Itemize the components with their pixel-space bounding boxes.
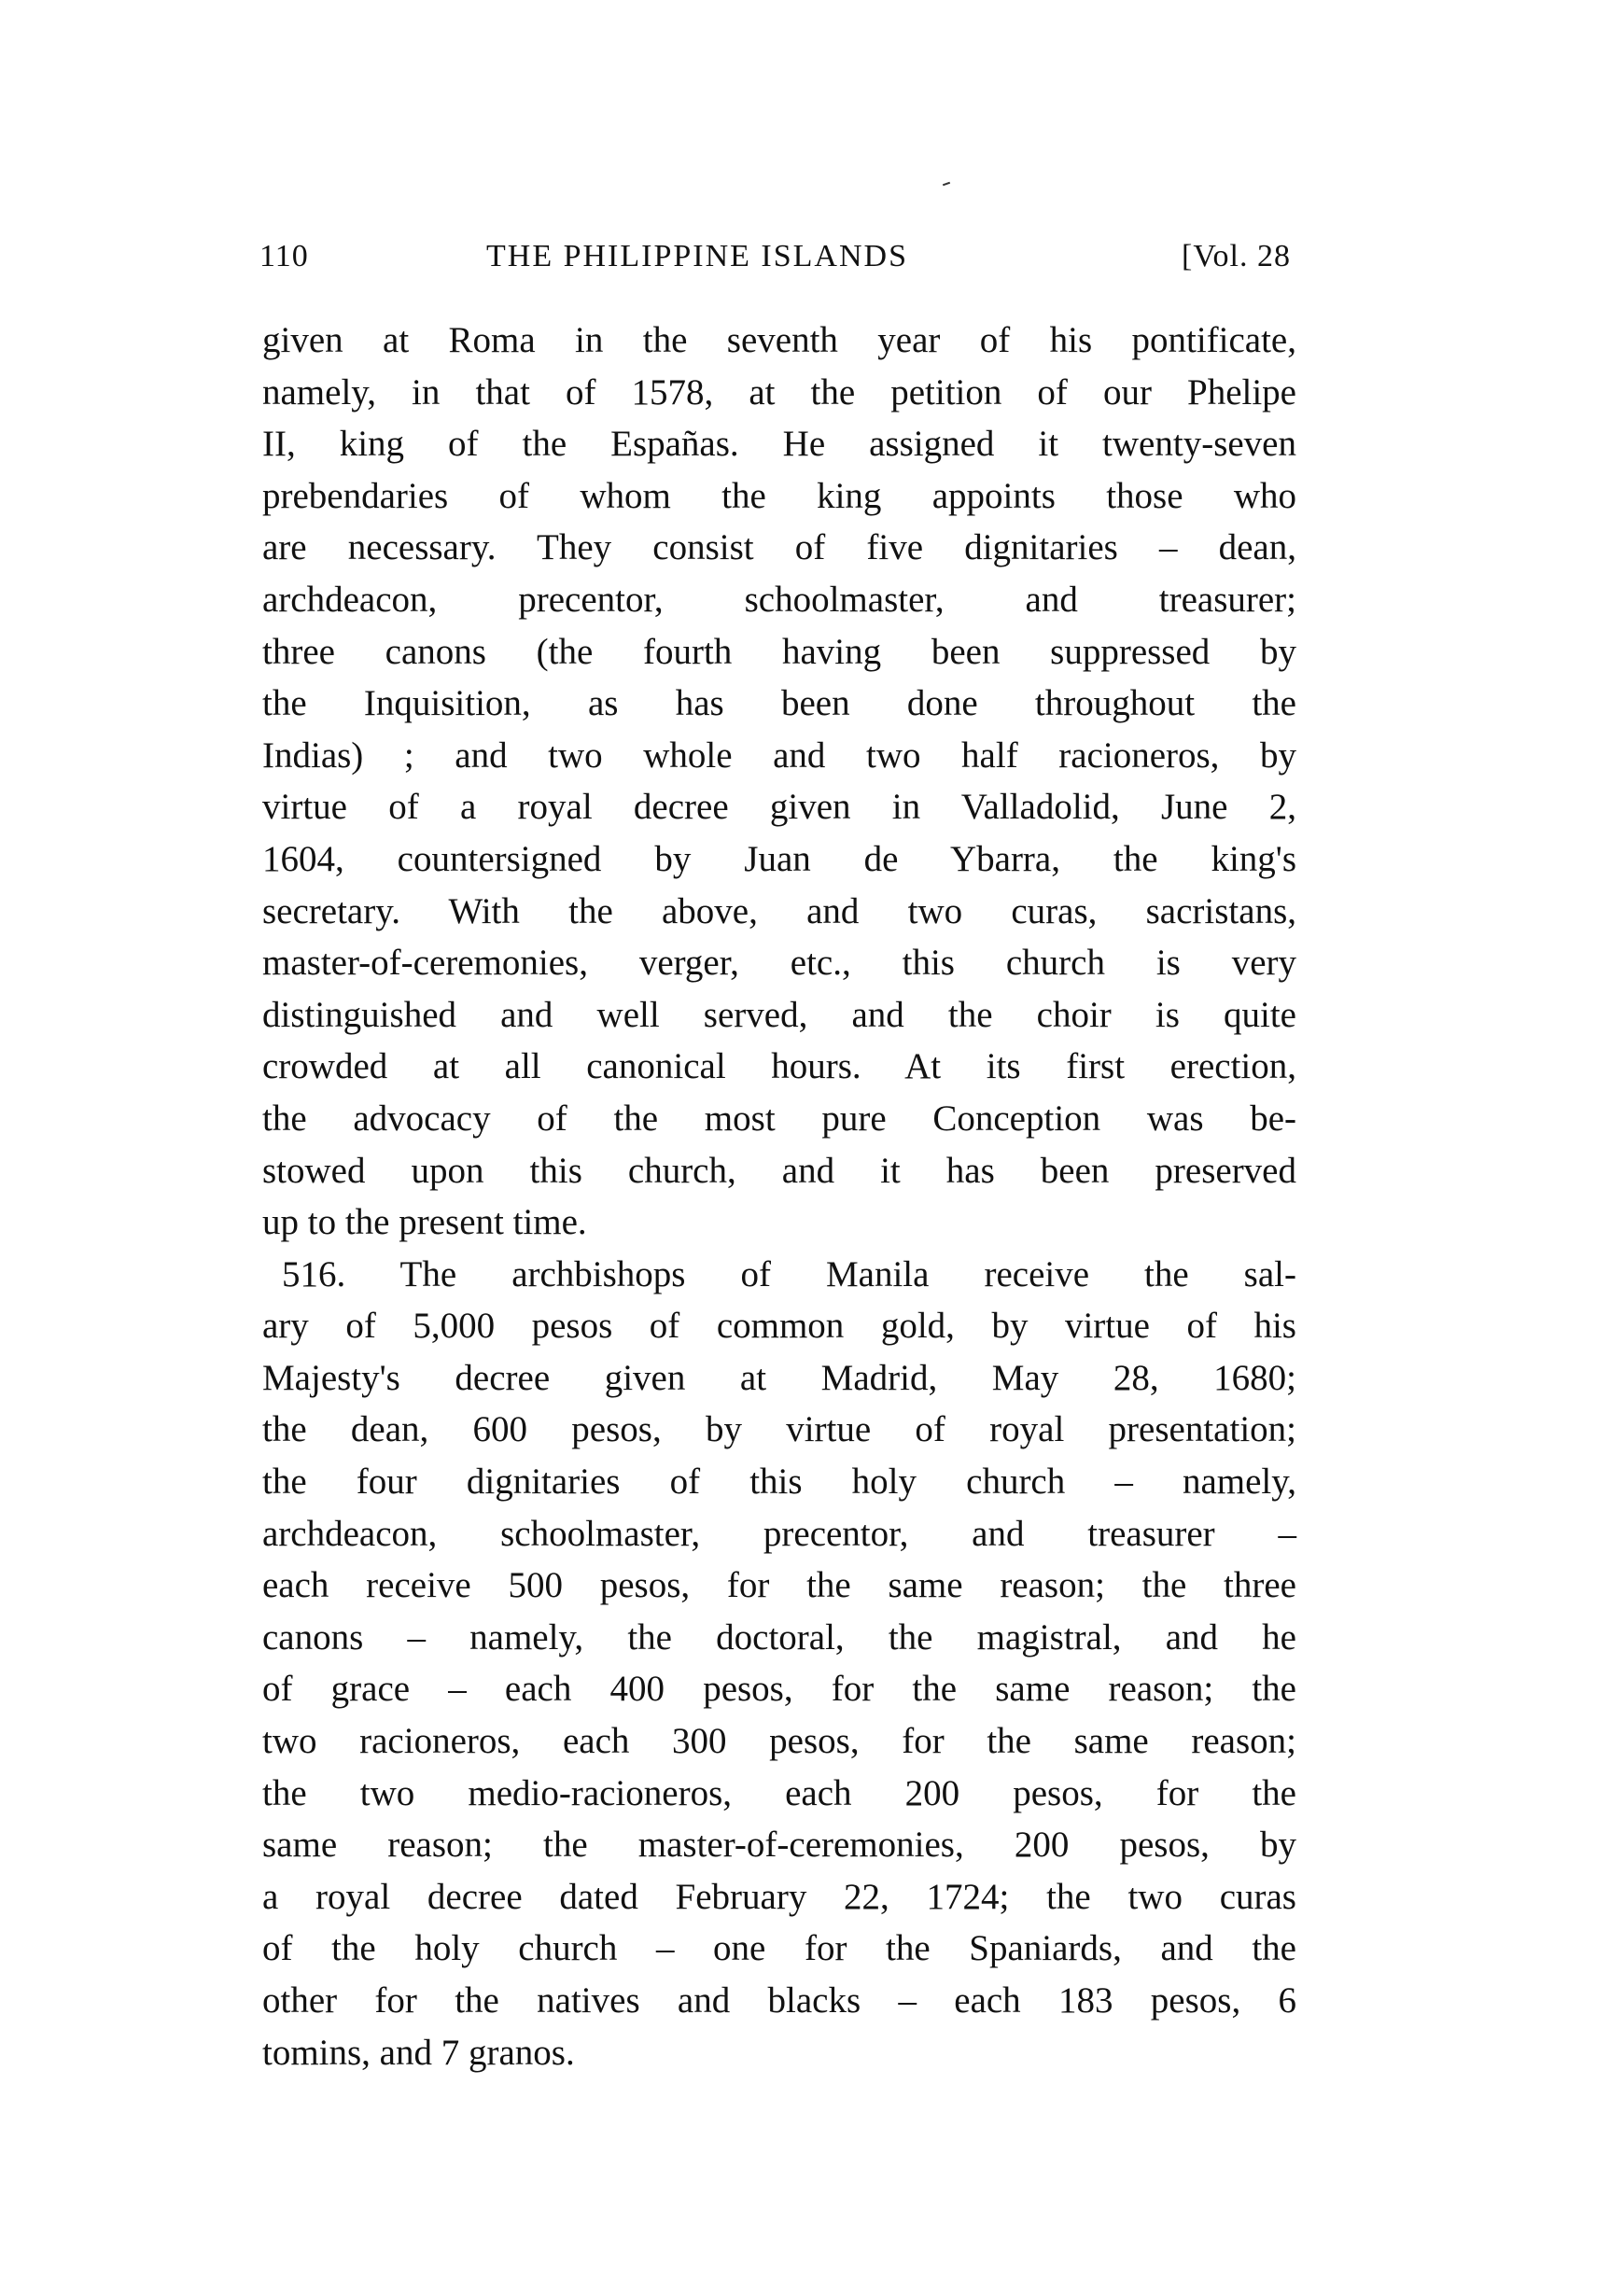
text-line: the four dignitaries of this holy church… (262, 1456, 1296, 1508)
text-line: secretary. With the above, and two curas… (262, 886, 1296, 938)
text-line: stowed upon this church, and it has been… (262, 1145, 1296, 1197)
text-line: 1604, countersigned by Juan de Ybarra, t… (262, 833, 1296, 886)
text-line: are necessary. They consist of five dign… (262, 522, 1296, 574)
text-line: ary of 5,000 pesos of common gold, by vi… (262, 1300, 1296, 1352)
volume-label: [Vol. 28 (1182, 239, 1291, 274)
text-line: of grace – each 400 pesos, for the same … (262, 1663, 1296, 1715)
text-line: given at Roma in the seventh year of his… (262, 315, 1296, 367)
text-line: Indias) ; and two whole and two half rac… (262, 730, 1296, 782)
text-line: prebendaries of whom the king appoints t… (262, 470, 1296, 523)
text-line: of the holy church – one for the Spaniar… (262, 1923, 1296, 1975)
text-line: namely, in that of 1578, at the petition… (262, 367, 1296, 419)
text-line: each receive 500 pesos, for the same rea… (262, 1560, 1296, 1612)
book-page: 110 THE PHILIPPINE ISLANDS [Vol. 28 give… (0, 0, 1624, 2294)
text-line: two racioneros, each 300 pesos, for the … (262, 1715, 1296, 1768)
text-line: three canons (the fourth having been sup… (262, 626, 1296, 678)
text-line: up to the present time. (262, 1196, 1296, 1249)
page-number: 110 (259, 239, 309, 274)
text-line: the two medio-racioneros, each 200 pesos… (262, 1768, 1296, 1820)
text-line: other for the natives and blacks – each … (262, 1975, 1296, 2027)
body-text: given at Roma in the seventh year of his… (262, 315, 1296, 2078)
text-line: master-of-ceremonies, verger, etc., this… (262, 937, 1296, 989)
text-line: a royal decree dated February 22, 1724; … (262, 1871, 1296, 1923)
running-header: 110 THE PHILIPPINE ISLANDS [Vol. 28 (259, 239, 1291, 276)
text-line: the advocacy of the most pure Conception… (262, 1093, 1296, 1145)
text-line: the dean, 600 pesos, by virtue of royal … (262, 1404, 1296, 1456)
text-line: archdeacon, precentor, schoolmaster, and… (262, 574, 1296, 626)
text-line: distinguished and well served, and the c… (262, 989, 1296, 1042)
text-line: virtue of a royal decree given in Vallad… (262, 781, 1296, 833)
text-line: tomins, and 7 granos. (262, 2027, 1296, 2079)
text-line: crowded at all canonical hours. At its f… (262, 1041, 1296, 1093)
text-line: Majesty's decree given at Madrid, May 28… (262, 1352, 1296, 1405)
section-516-first-line: 516. The archbishops of Manila receive t… (262, 1249, 1296, 1301)
text-line: II, king of the Españas. He assigned it … (262, 418, 1296, 470)
scan-speck (943, 182, 950, 187)
text-line: same reason; the master-of-ceremonies, 2… (262, 1819, 1296, 1871)
text-line: archdeacon, schoolmaster, precentor, and… (262, 1508, 1296, 1560)
text-line: canons – namely, the doctoral, the magis… (262, 1612, 1296, 1664)
text-line: the Inquisition, as has been done throug… (262, 678, 1296, 730)
running-title: THE PHILIPPINE ISLANDS (486, 239, 908, 274)
